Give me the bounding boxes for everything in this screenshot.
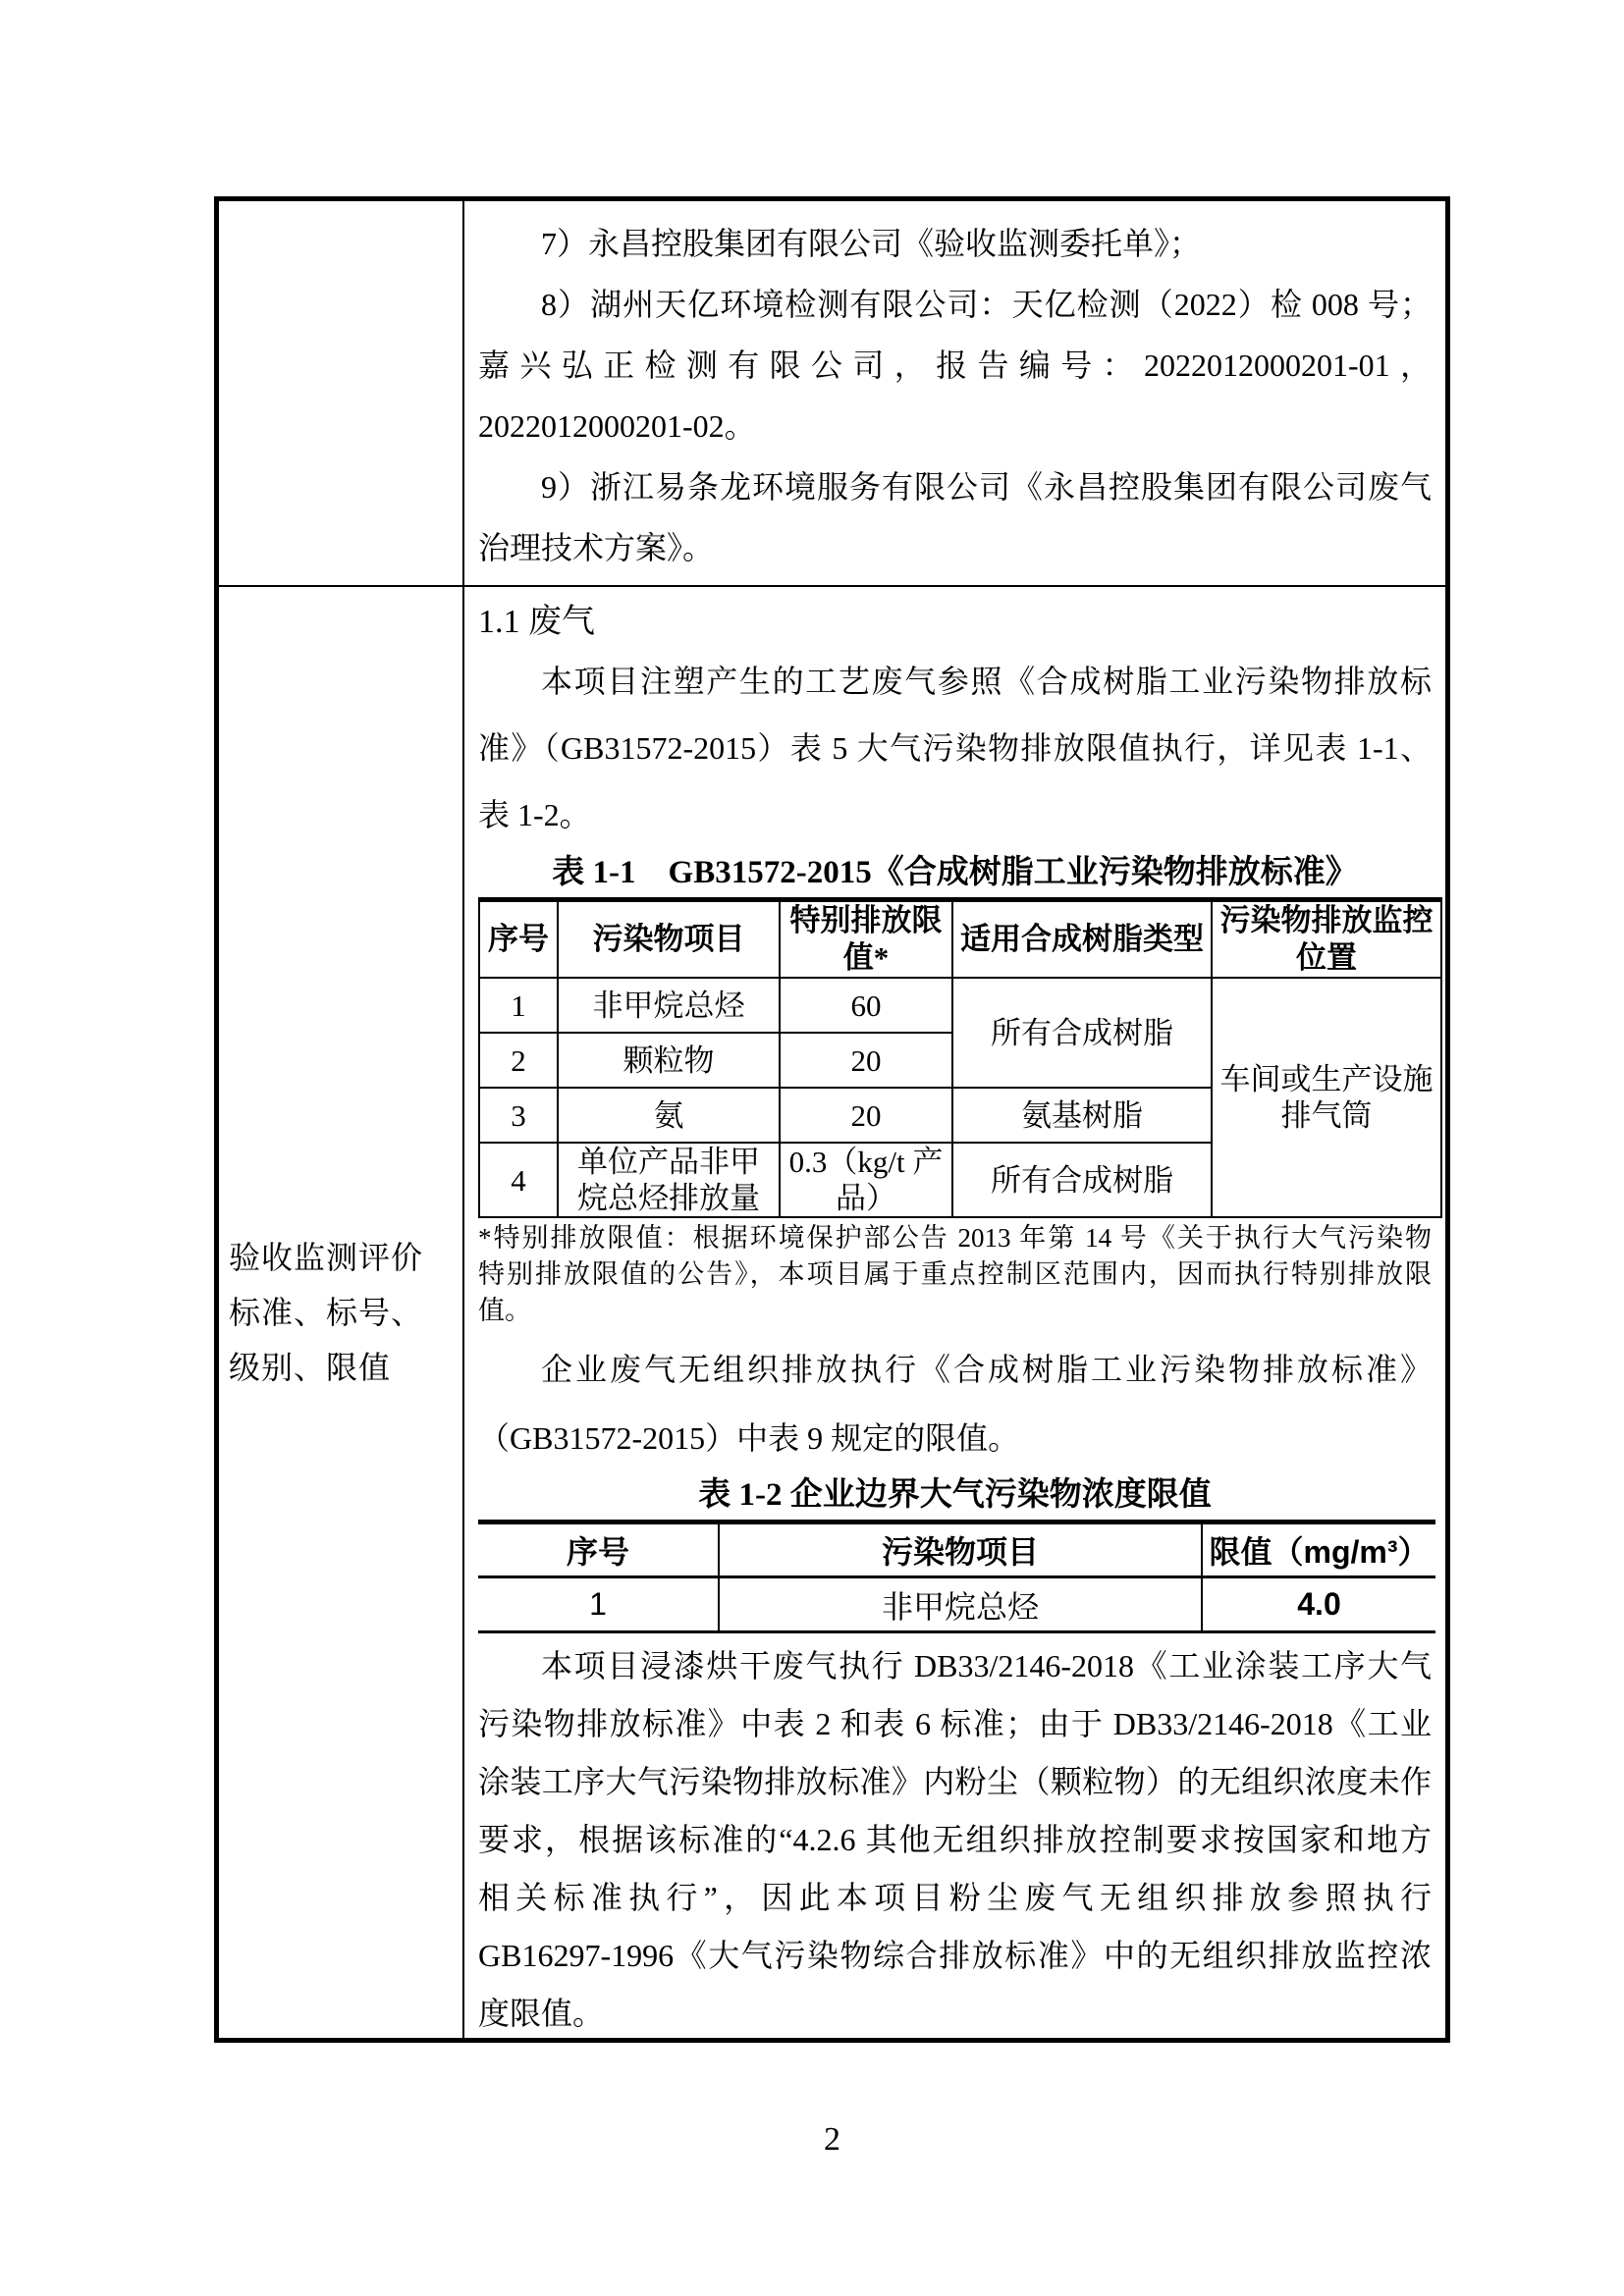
table-row: 1 非甲烷总烃 60 所有合成树脂 车间或生产设施排气筒 (479, 978, 1441, 1033)
page-number: 2 (214, 2118, 1450, 2162)
cell-seq: 1 (479, 978, 558, 1033)
table-1-2-header-row: 序号 污染物项目 限值（mg/m³） (478, 1522, 1435, 1577)
cell-pollutant: 非甲烷总烃 (558, 978, 780, 1033)
reference-line: 7）永昌控股集团有限公司《验收监测委托单》； (478, 213, 1432, 274)
reference-line: 嘉兴弘正检测有限公司，报告编号：2022012000201-01， (478, 335, 1432, 396)
header-pollutant: 污染物项目 (558, 900, 780, 979)
cell-pollutant: 氨 (558, 1088, 780, 1143)
footnote-line: *特别排放限值：根据环境保护部公告 2013 年第 14 号《关于执行大气污染物 (478, 1220, 1432, 1256)
header-monitor-location: 污染物排放监控位置 (1212, 900, 1441, 979)
section-heading: 1.1 废气 (478, 597, 1432, 648)
label-cell-empty (219, 201, 464, 587)
body-line: 涂装工序大气污染物排放标准》内粉尘（颗粒物）的无组织浓度未作 (478, 1753, 1432, 1811)
table-1-1: 序号 污染物项目 特别排放限值* 适用合成树脂类型 污染物排放监控位置 1 非甲… (478, 897, 1442, 1218)
body-line: 表 1-2。 (478, 781, 1432, 848)
fugitive-emission-paragraph: 企业废气无组织排放执行《合成树脂工业污染物排放标准》 （GB31572-2015… (478, 1335, 1432, 1472)
criteria-label-cell: 验收监测评价标准、标号、级别、限值 (219, 587, 464, 2038)
header-pollutant: 污染物项目 (719, 1522, 1202, 1577)
body-line: 本项目浸漆烘干废气执行 DB33/2146-2018《工业涂装工序大气 (478, 1637, 1432, 1695)
body-line: 要求，根据该标准的“4.2.6 其他无组织排放控制要求按国家和地方 (478, 1811, 1432, 1869)
cell-seq: 1 (478, 1577, 719, 1632)
table-row: 1 非甲烷总烃 4.0 (478, 1577, 1435, 1632)
table-1-2-title: 表 1-2 企业边界大气污染物浓度限值 (478, 1472, 1432, 1518)
reference-line: 9）浙江易条龙环境服务有限公司《永昌控股集团有限公司废气 (478, 456, 1432, 517)
footnote: *特别排放限值：根据环境保护部公告 2013 年第 14 号《关于执行大气污染物… (478, 1220, 1432, 1329)
header-seq: 序号 (479, 900, 558, 979)
coating-standard-paragraph: 本项目浸漆烘干废气执行 DB33/2146-2018《工业涂装工序大气 污染物排… (478, 1637, 1432, 2038)
body-line: 企业废气无组织排放执行《合成树脂工业污染物排放标准》 (478, 1335, 1432, 1404)
body-line: 度限值。 (478, 1985, 1432, 2038)
reference-list-cell: 7）永昌控股集团有限公司《验收监测委托单》； 8）湖州天亿环境检测有限公司：天亿… (464, 201, 1445, 587)
table-1-1-header-row: 序号 污染物项目 特别排放限值* 适用合成树脂类型 污染物排放监控位置 (479, 900, 1441, 979)
reference-line: 2022012000201-02。 (478, 396, 1432, 456)
cell-resin-merged: 所有合成树脂 (952, 978, 1212, 1088)
intro-paragraph: 本项目注塑产生的工艺废气参照《合成树脂工业污染物排放标 准》（GB31572-2… (478, 648, 1432, 848)
cell-seq: 3 (479, 1088, 558, 1143)
standards-content-cell: 1.1 废气 本项目注塑产生的工艺废气参照《合成树脂工业污染物排放标 准》（GB… (464, 587, 1445, 2038)
form-table: 7）永昌控股集团有限公司《验收监测委托单》； 8）湖州天亿环境检测有限公司：天亿… (214, 196, 1450, 2043)
body-line: 本项目注塑产生的工艺废气参照《合成树脂工业污染物排放标 (478, 648, 1432, 715)
reference-line: 治理技术方案》。 (478, 517, 1432, 578)
table-1-2: 序号 污染物项目 限值（mg/m³） 1 非甲烷总烃 4.0 (478, 1520, 1435, 1633)
cell-limit: 0.3（kg/t 产品） (780, 1143, 952, 1217)
body-line: 准》（GB31572-2015）表 5 大气污染物排放限值执行，详见表 1-1、 (478, 715, 1432, 781)
cell-limit: 20 (780, 1033, 952, 1088)
body-line: 相关标准执行”，因此本项目粉尘废气无组织排放参照执行 (478, 1869, 1432, 1927)
cell-pollutant: 单位产品非甲烷总烃排放量 (558, 1143, 780, 1217)
criteria-label: 验收监测评价标准、标号、级别、限值 (229, 1230, 453, 1395)
cell-location-merged: 车间或生产设施排气筒 (1212, 978, 1441, 1217)
document-page: 7）永昌控股集团有限公司《验收监测委托单》； 8）湖州天亿环境检测有限公司：天亿… (0, 0, 1624, 2296)
footnote-line: 值。 (478, 1293, 1432, 1329)
body-line: （GB31572-2015）中表 9 规定的限值。 (478, 1404, 1432, 1472)
cell-pollutant: 非甲烷总烃 (719, 1577, 1202, 1632)
header-limit: 限值（mg/m³） (1202, 1522, 1435, 1577)
header-seq: 序号 (478, 1522, 719, 1577)
cell-resin: 所有合成树脂 (952, 1143, 1212, 1217)
cell-pollutant: 颗粒物 (558, 1033, 780, 1088)
body-line: GB16297-1996《大气污染物综合排放标准》中的无组织排放监控浓 (478, 1927, 1432, 1985)
header-special-limit: 特别排放限值* (780, 900, 952, 979)
cell-limit: 20 (780, 1088, 952, 1143)
cell-seq: 2 (479, 1033, 558, 1088)
cell-limit: 60 (780, 978, 952, 1033)
table-1-1-title: 表 1-1 GB31572-2015《合成树脂工业污染物排放标准》 (478, 850, 1432, 895)
cell-resin: 氨基树脂 (952, 1088, 1212, 1143)
body-line: 污染物排放标准》中表 2 和表 6 标准；由于 DB33/2146-2018《工… (478, 1695, 1432, 1753)
cell-seq: 4 (479, 1143, 558, 1217)
cell-limit: 4.0 (1202, 1577, 1435, 1632)
header-resin-type: 适用合成树脂类型 (952, 900, 1212, 979)
reference-line: 8）湖州天亿环境检测有限公司：天亿检测（2022）检 008 号； (478, 274, 1432, 335)
footnote-line: 特别排放限值的公告》，本项目属于重点控制区范围内，因而执行特别排放限 (478, 1256, 1432, 1293)
